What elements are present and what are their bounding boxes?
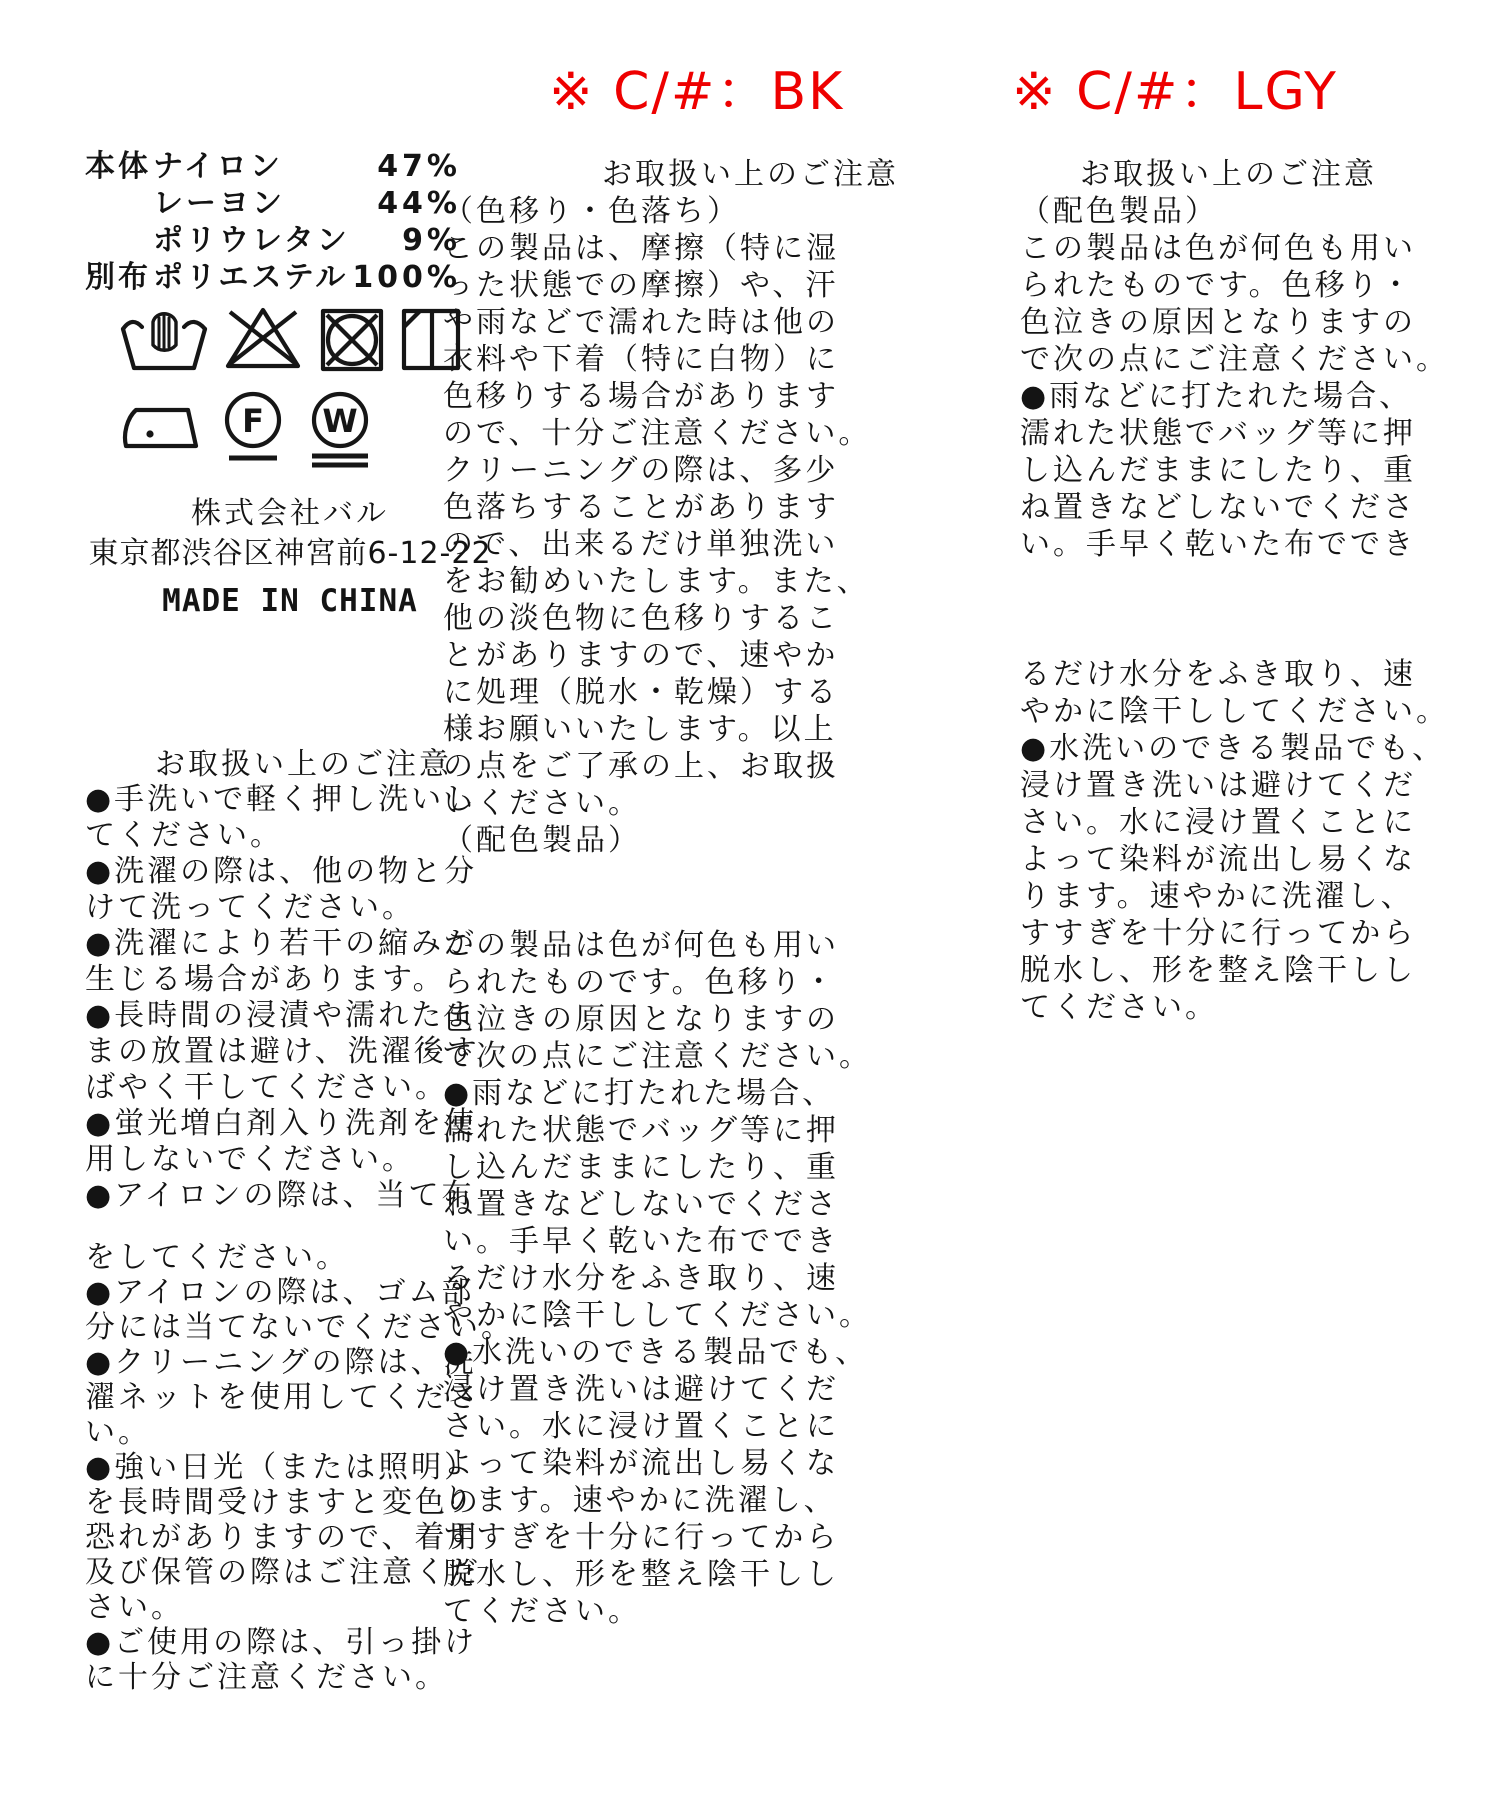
text-line: この製品は、摩擦（特に湿 [443, 230, 871, 267]
middle-care-title: お取扱い上のご注意 [602, 156, 899, 193]
text-line: ●洗濯の際は、他の物と分 [85, 854, 480, 890]
do-not-bleach-icon [222, 306, 304, 370]
care-symbols-row-1 [120, 306, 462, 374]
text-line: ので、十分ご注意ください。 [443, 415, 871, 452]
fabric-composition-table: 本体 ナイロン 47% レーヨン 44% ポリウレタン 9% 別布 ポリエステル… [85, 148, 461, 296]
text-line: よって染料が流出し易くな [1020, 841, 1449, 878]
text-line: やかに陰干ししてください。 [443, 1297, 872, 1334]
text-line: 他の淡色物に色移りするこ [443, 600, 871, 637]
text-line: 色泣きの原因となりますの [1020, 304, 1449, 341]
left-care-title: お取扱い上のご注意 [155, 746, 452, 783]
composition-part: 本体 [85, 148, 153, 185]
text-line: （配色製品） [1020, 193, 1449, 230]
text-line: さい。水に浸け置くことに [1020, 804, 1449, 841]
text-line: この製品は色が何色も用い [443, 927, 872, 964]
care-symbols-row-2: F W [122, 390, 376, 472]
text-line: 脱水し、形を整え陰干しし [443, 1556, 872, 1593]
composition-part [85, 185, 153, 222]
text-line: この製品は色が何色も用い [1020, 230, 1449, 267]
composition-material: ナイロン [153, 148, 283, 185]
composition-material: レーヨン [153, 185, 285, 222]
wet-clean-w-icon: W [304, 390, 376, 472]
text-line: し込んだままにしたり、重 [443, 1149, 872, 1186]
text-line: ので、出来るだけ単独洗い [443, 526, 871, 563]
text-line: ●洗濯により若干の縮みが [85, 926, 480, 962]
left-care-block-1: ●手洗いで軽く押し洗いしてください。●洗濯の際は、他の物と分けて洗ってください。… [85, 782, 480, 1214]
text-line: で次の点にご注意ください。 [1020, 341, 1449, 378]
text-line: すすぎを十分に行ってから [443, 1519, 872, 1556]
text-line: ね置きなどしないでくださ [1020, 489, 1449, 526]
text-line: 衣料や下着（特に白物）に [443, 341, 871, 378]
right-care-title: お取扱い上のご注意 [1080, 156, 1377, 193]
text-line: 用しないでください。 [85, 1142, 480, 1178]
text-line: られたものです。色移り・ [443, 964, 872, 1001]
text-line: 様お願いいたします。以上 [443, 711, 871, 748]
text-line: ●長時間の浸漬や濡れたま [85, 998, 480, 1034]
hand-wash-icon [120, 306, 208, 372]
text-line: 色移りする場合があります [443, 378, 871, 415]
text-line: に処理（脱水・乾燥）する [443, 674, 871, 711]
text-line: てください。 [85, 818, 480, 854]
text-line: し込んだままにしたり、重 [1020, 452, 1449, 489]
text-line: に十分ご注意ください。 [85, 1660, 514, 1695]
text-line: ●水洗いのできる製品でも、 [443, 1334, 872, 1371]
text-line: や雨などで濡れた時は他の [443, 304, 871, 341]
middle-care-block-2: この製品は色が何色も用いられたものです。色移り・色泣きの原因となりますので次の点… [443, 927, 872, 1630]
text-line: ●雨などに打たれた場合、 [1020, 378, 1449, 415]
middle-care-block-1: （色移り・色落ち）この製品は、摩擦（特に湿った状態での摩擦）や、汗や雨などで濡れ… [443, 193, 871, 859]
composition-percent: 47% [377, 148, 461, 185]
text-line: で次の点にご注意ください。 [443, 1038, 872, 1075]
composition-part [85, 222, 153, 259]
text-line: られたものです。色移り・ [1020, 267, 1449, 304]
text-line: 浸け置き洗いは避けてくだ [443, 1371, 872, 1408]
text-line: ります。速やかに洗濯し、 [443, 1482, 872, 1519]
text-line: 色落ちすることがあります [443, 489, 871, 526]
text-line: 生じる場合があります。 [85, 962, 480, 998]
text-line: い。手早く乾いた布ででき [1020, 526, 1449, 563]
iron-low-heat-icon [122, 390, 202, 452]
composition-row: 別布 ポリエステル 100% [85, 259, 461, 296]
text-line: ●ご使用の際は、引っ掛け [85, 1625, 514, 1660]
text-line: ね置きなどしないでくださ [443, 1186, 872, 1223]
text-line: すすぎを十分に行ってから [1020, 915, 1449, 952]
composition-row: ポリウレタン 9% [85, 222, 461, 259]
care-label-sheet: 本体 ナイロン 47% レーヨン 44% ポリウレタン 9% 別布 ポリエステル… [0, 0, 1500, 1800]
composition-part: 別布 [85, 259, 153, 296]
text-line: クリーニングの際は、多少 [443, 452, 871, 489]
do-not-tumble-dry-icon [318, 306, 386, 374]
text-line: ●水洗いのできる製品でも、 [1020, 730, 1449, 767]
text-line: けて洗ってください。 [85, 890, 480, 926]
text-line: い。手早く乾いた布ででき [443, 1223, 872, 1260]
text-line: とがありますので、速やか [443, 637, 871, 674]
text-line: をお勧めいたします。また、 [443, 563, 871, 600]
text-line: 濡れた状態でバッグ等に押 [443, 1112, 872, 1149]
svg-text:F: F [242, 402, 264, 440]
text-line: るだけ水分をふき取り、速 [1020, 656, 1449, 693]
text-line: ●手洗いで軽く押し洗いし [85, 782, 480, 818]
text-line: ●雨などに打たれた場合、 [443, 1075, 872, 1112]
composition-material: ポリウレタン [153, 222, 350, 259]
text-line: った状態での摩擦）や、汗 [443, 267, 871, 304]
dry-clean-f-icon: F [220, 390, 286, 472]
text-line: まの放置は避け、洗濯後す [85, 1034, 480, 1070]
right-care-block-2: るだけ水分をふき取り、速やかに陰干ししてください。●水洗いのできる製品でも、浸け… [1020, 656, 1449, 1026]
svg-text:W: W [322, 402, 357, 440]
composition-row: レーヨン 44% [85, 185, 461, 222]
text-line: よって染料が流出し易くな [443, 1445, 872, 1482]
composition-row: 本体 ナイロン 47% [85, 148, 461, 185]
text-line: やかに陰干ししてください。 [1020, 693, 1449, 730]
composition-material: ポリエステル [153, 259, 348, 296]
text-line: いください。 [443, 785, 871, 822]
text-line: （色移り・色落ち） [443, 193, 871, 230]
text-line: ります。速やかに洗濯し、 [1020, 878, 1449, 915]
text-line: 浸け置き洗いは避けてくだ [1020, 767, 1449, 804]
text-line: るだけ水分をふき取り、速 [443, 1260, 872, 1297]
text-line: ばやく干してください。 [85, 1070, 480, 1106]
text-line: の点をご了承の上、お取扱 [443, 748, 871, 785]
text-line: ●アイロンの際は、当て布 [85, 1178, 480, 1214]
text-line: てください。 [443, 1593, 872, 1630]
text-line: てください。 [1020, 989, 1449, 1026]
text-line: ●蛍光増白剤入り洗剤を使 [85, 1106, 480, 1142]
text-line: 濡れた状態でバッグ等に押 [1020, 415, 1449, 452]
text-line: （配色製品） [443, 822, 871, 859]
right-care-block-1: （配色製品）この製品は色が何色も用いられたものです。色移り・色泣きの原因となりま… [1020, 193, 1449, 563]
text-line: 脱水し、形を整え陰干しし [1020, 952, 1449, 989]
colorway-header-lgy: ※ C/#：LGY [1012, 64, 1338, 120]
text-line: さい。水に浸け置くことに [443, 1408, 872, 1445]
colorway-header-bk: ※ C/#：BK [549, 64, 844, 120]
text-line: 色泣きの原因となりますの [443, 1001, 872, 1038]
